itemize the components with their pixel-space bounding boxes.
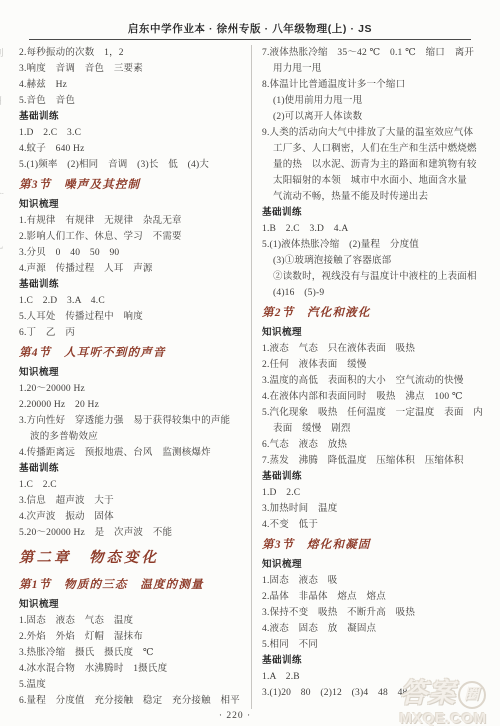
watermark-circle-glyph: 圈 bbox=[458, 681, 486, 709]
answer-line: 1.20～20000 Hz bbox=[19, 381, 242, 397]
answer-line: 7.蒸发 沸腾 降低温度 压缩体积 压缩体积 bbox=[262, 453, 483, 469]
subsection-title: 知识梳理 bbox=[19, 365, 242, 381]
answer-line: 3.信息 超声波 大于 bbox=[19, 493, 242, 509]
answer-line: 7.液体热胀冷缩 35～42 ℃ 0.1 ℃ 缩口 离开人体 bbox=[262, 45, 483, 61]
edge-bleed-glyph: 丬 bbox=[0, 94, 7, 107]
answer-line: 5.(1)液体热胀冷缩 (2)量程 分度值 bbox=[262, 237, 483, 253]
answer-line-continuation: 量的热 以水泥、沥青为主的路面和建筑物有较强的吸收 bbox=[262, 157, 483, 173]
answer-line-continuation: 表面 缓慢 剧烈 bbox=[262, 421, 483, 437]
answer-circle-logo: 答案圈 bbox=[388, 680, 498, 709]
answer-line: 6.气态 液态 放热 bbox=[262, 437, 483, 453]
answer-subline: ②读数时，视线没有与温度计中液柱的上表面相平 bbox=[262, 269, 483, 285]
watermark-logo-text: 答案 bbox=[400, 678, 456, 708]
answer-line: 1.D 2.C bbox=[262, 485, 483, 501]
subsection-title: 基础训练 bbox=[262, 205, 483, 221]
answer-line: 3.分贝 0 40 50 90 bbox=[19, 245, 242, 261]
answer-line: 1.D 2.C 3.C bbox=[19, 125, 242, 141]
answer-line: 1.液态 气态 只在液体表面 吸热 bbox=[262, 341, 483, 357]
answer-line: 6.量程 分度值 充分接触 稳定 充分接触 相平 bbox=[19, 693, 242, 709]
answer-line: 9.人类的活动向大气中排放了大量的温室效应气体 城市 bbox=[262, 125, 483, 141]
answer-line: 1.有规律 有规律 无规律 杂乱无章 bbox=[19, 213, 242, 229]
section-header: 第1节 物质的三态 温度的测量 bbox=[19, 574, 242, 596]
book-title: 启东中学作业本 · 徐州专版 · 八年级物理(上) · JS bbox=[0, 21, 500, 36]
answer-line: 1.C 2.D 3.A 4.C bbox=[19, 293, 242, 309]
page-header: 启东中学作业本 · 徐州专版 · 八年级物理(上) · JS bbox=[0, 0, 500, 40]
answer-line: 1.C 2.C bbox=[19, 477, 242, 493]
answer-line: 1.B 2.C 3.D 4.A bbox=[262, 221, 483, 237]
right-column: 7.液体热胀冷缩 35～42 ℃ 0.1 ℃ 缩口 离开人体用力甩一甩8.体温计… bbox=[251, 45, 483, 709]
answer-line: 4.传播距离远 预报地震、台风 监测核爆炸 bbox=[19, 445, 242, 461]
section-header: 第3节 熔化和凝固 bbox=[262, 534, 483, 556]
answer-line: 5.汽化现象 吸热 任何温度 一定温度 表面 内部和 bbox=[262, 405, 483, 421]
chapter-header: 第二章 物态变化 bbox=[19, 545, 242, 572]
answer-line-continuation: 工厂多、人口稠密，人们在生产和生活中燃烧燃料放出大 bbox=[262, 141, 483, 157]
section-header: 第4节 人耳听不到的声音 bbox=[19, 342, 242, 364]
answer-line: 5.音色 音色 bbox=[19, 93, 242, 109]
answer-line-continuation: 气流动不畅，热量不能及时传递出去 bbox=[262, 189, 483, 205]
answer-line: 1.固态 液态 气态 温度 bbox=[19, 613, 242, 629]
answer-line: 3.热胀冷缩 摄氏 摄氏度 ℃ bbox=[19, 645, 242, 661]
subsection-title: 知识梳理 bbox=[262, 325, 483, 341]
answer-subline: (3)①玻璃泡接触了容器底部 bbox=[262, 253, 483, 269]
subsection-title: 基础训练 bbox=[19, 109, 242, 125]
answer-line: 4.次声波 振动 固体 bbox=[19, 509, 242, 525]
watermark: 答案圈 MXQE.COM bbox=[388, 680, 498, 726]
answer-subline: (1)使用前用力甩一甩 bbox=[262, 93, 483, 109]
answer-line: 2.晶体 非晶体 熔点 熔点 bbox=[262, 589, 483, 605]
answer-line: 8.体温计比普通温度计多一个缩口 bbox=[262, 77, 483, 93]
answer-line: 4.赫兹 Hz bbox=[19, 77, 242, 93]
answer-line: 5.20～20000 Hz 是 次声波 不能 bbox=[19, 525, 242, 541]
subsection-title: 知识梳理 bbox=[19, 197, 242, 213]
answer-subline: (4)16 (5)-9 bbox=[262, 285, 483, 301]
answer-line: 5.温度 bbox=[19, 677, 242, 693]
answer-line: 3.温度的高低 表面积的大小 空气流动的快慢 bbox=[262, 373, 483, 389]
watermark-site-text: MXQE.COM bbox=[388, 711, 498, 726]
answer-line: 4.在液体内部和表面同时 吸热 沸点 100 ℃ bbox=[262, 389, 483, 405]
edge-bleed-glyph: 乚 bbox=[0, 238, 7, 251]
answer-line: 2.影响人们工作、休息、学习 不需要 bbox=[19, 229, 242, 245]
answer-line: 2.外焰 外焰 灯帽 湿抹布 bbox=[19, 629, 242, 645]
answer-line: 2.20000 Hz 20 Hz bbox=[19, 397, 242, 413]
answer-line-continuation: 太阳辐射的本领 城市中水面小、地面含水量少，加之空 bbox=[262, 173, 483, 189]
answer-line: 4.蚊子 640 Hz bbox=[19, 141, 242, 157]
answer-line: 3.保持不变 吸热 不断升高 吸热 bbox=[262, 605, 483, 621]
answer-line-continuation: 用力甩一甩 bbox=[262, 61, 483, 77]
left-column: 2.每秒振动的次数 1，23.响度 音调 音色 三要素4.赫兹 Hz5.音色 音… bbox=[19, 45, 251, 709]
answer-line: 2.每秒振动的次数 1，2 bbox=[19, 45, 242, 61]
subsection-title: 基础训练 bbox=[19, 277, 242, 293]
workbook-answer-page: 启东中学作业本 · 徐州专版 · 八年级物理(上) · JS 2.每秒振动的次数… bbox=[0, 0, 500, 726]
subsection-title: 知识梳理 bbox=[262, 557, 483, 573]
subsection-title: 基础训练 bbox=[262, 653, 483, 669]
answer-line: 4.液态 固态 放 凝固点 bbox=[262, 621, 483, 637]
answer-line: 5.(1)频率 (2)相同 音调 (3)长 低 (4)大 bbox=[19, 157, 242, 173]
section-header: 第3节 噪声及其控制 bbox=[19, 174, 242, 196]
answer-line: 6.丁 乙 丙 bbox=[19, 325, 242, 341]
answer-line: 3.加热时间 温度 bbox=[262, 501, 483, 517]
answer-line: 5.人耳处 传播过程中 响度 bbox=[19, 309, 242, 325]
answer-subline: (2)可以离开人体读数 bbox=[262, 109, 483, 125]
answer-line: 3.响度 音调 音色 三要素 bbox=[19, 61, 242, 77]
subsection-title: 基础训练 bbox=[262, 469, 483, 485]
answer-content: 2.每秒振动的次数 1，23.响度 音调 音色 三要素4.赫兹 Hz5.音色 音… bbox=[0, 40, 500, 709]
answer-line: 3.方向性好 穿透能力强 易于获得较集中的声能 超声 bbox=[19, 413, 242, 429]
answer-line: 4.不变 低于 bbox=[262, 517, 483, 533]
section-header: 第2节 汽化和液化 bbox=[262, 302, 483, 324]
answer-line: 2.任何 液体表面 缓慢 bbox=[262, 357, 483, 373]
answer-line: 4.声源 传播过程 人耳 声源 bbox=[19, 261, 242, 277]
edge-bleed-glyph: 刂 bbox=[0, 46, 7, 59]
answer-line: 1.固态 液态 吸 bbox=[262, 573, 483, 589]
answer-line: 5.相同 不同 bbox=[262, 637, 483, 653]
edge-bleed-glyph: 丨 bbox=[0, 142, 7, 155]
subsection-title: 基础训练 bbox=[19, 461, 242, 477]
subsection-title: 知识梳理 bbox=[19, 597, 242, 613]
answer-line: 4.冰水混合物 水沸腾时 1摄氏度 bbox=[19, 661, 242, 677]
answer-line-continuation: 波的多普勒效应 bbox=[19, 429, 242, 445]
edge-bleed-glyph: 广 bbox=[0, 190, 7, 203]
